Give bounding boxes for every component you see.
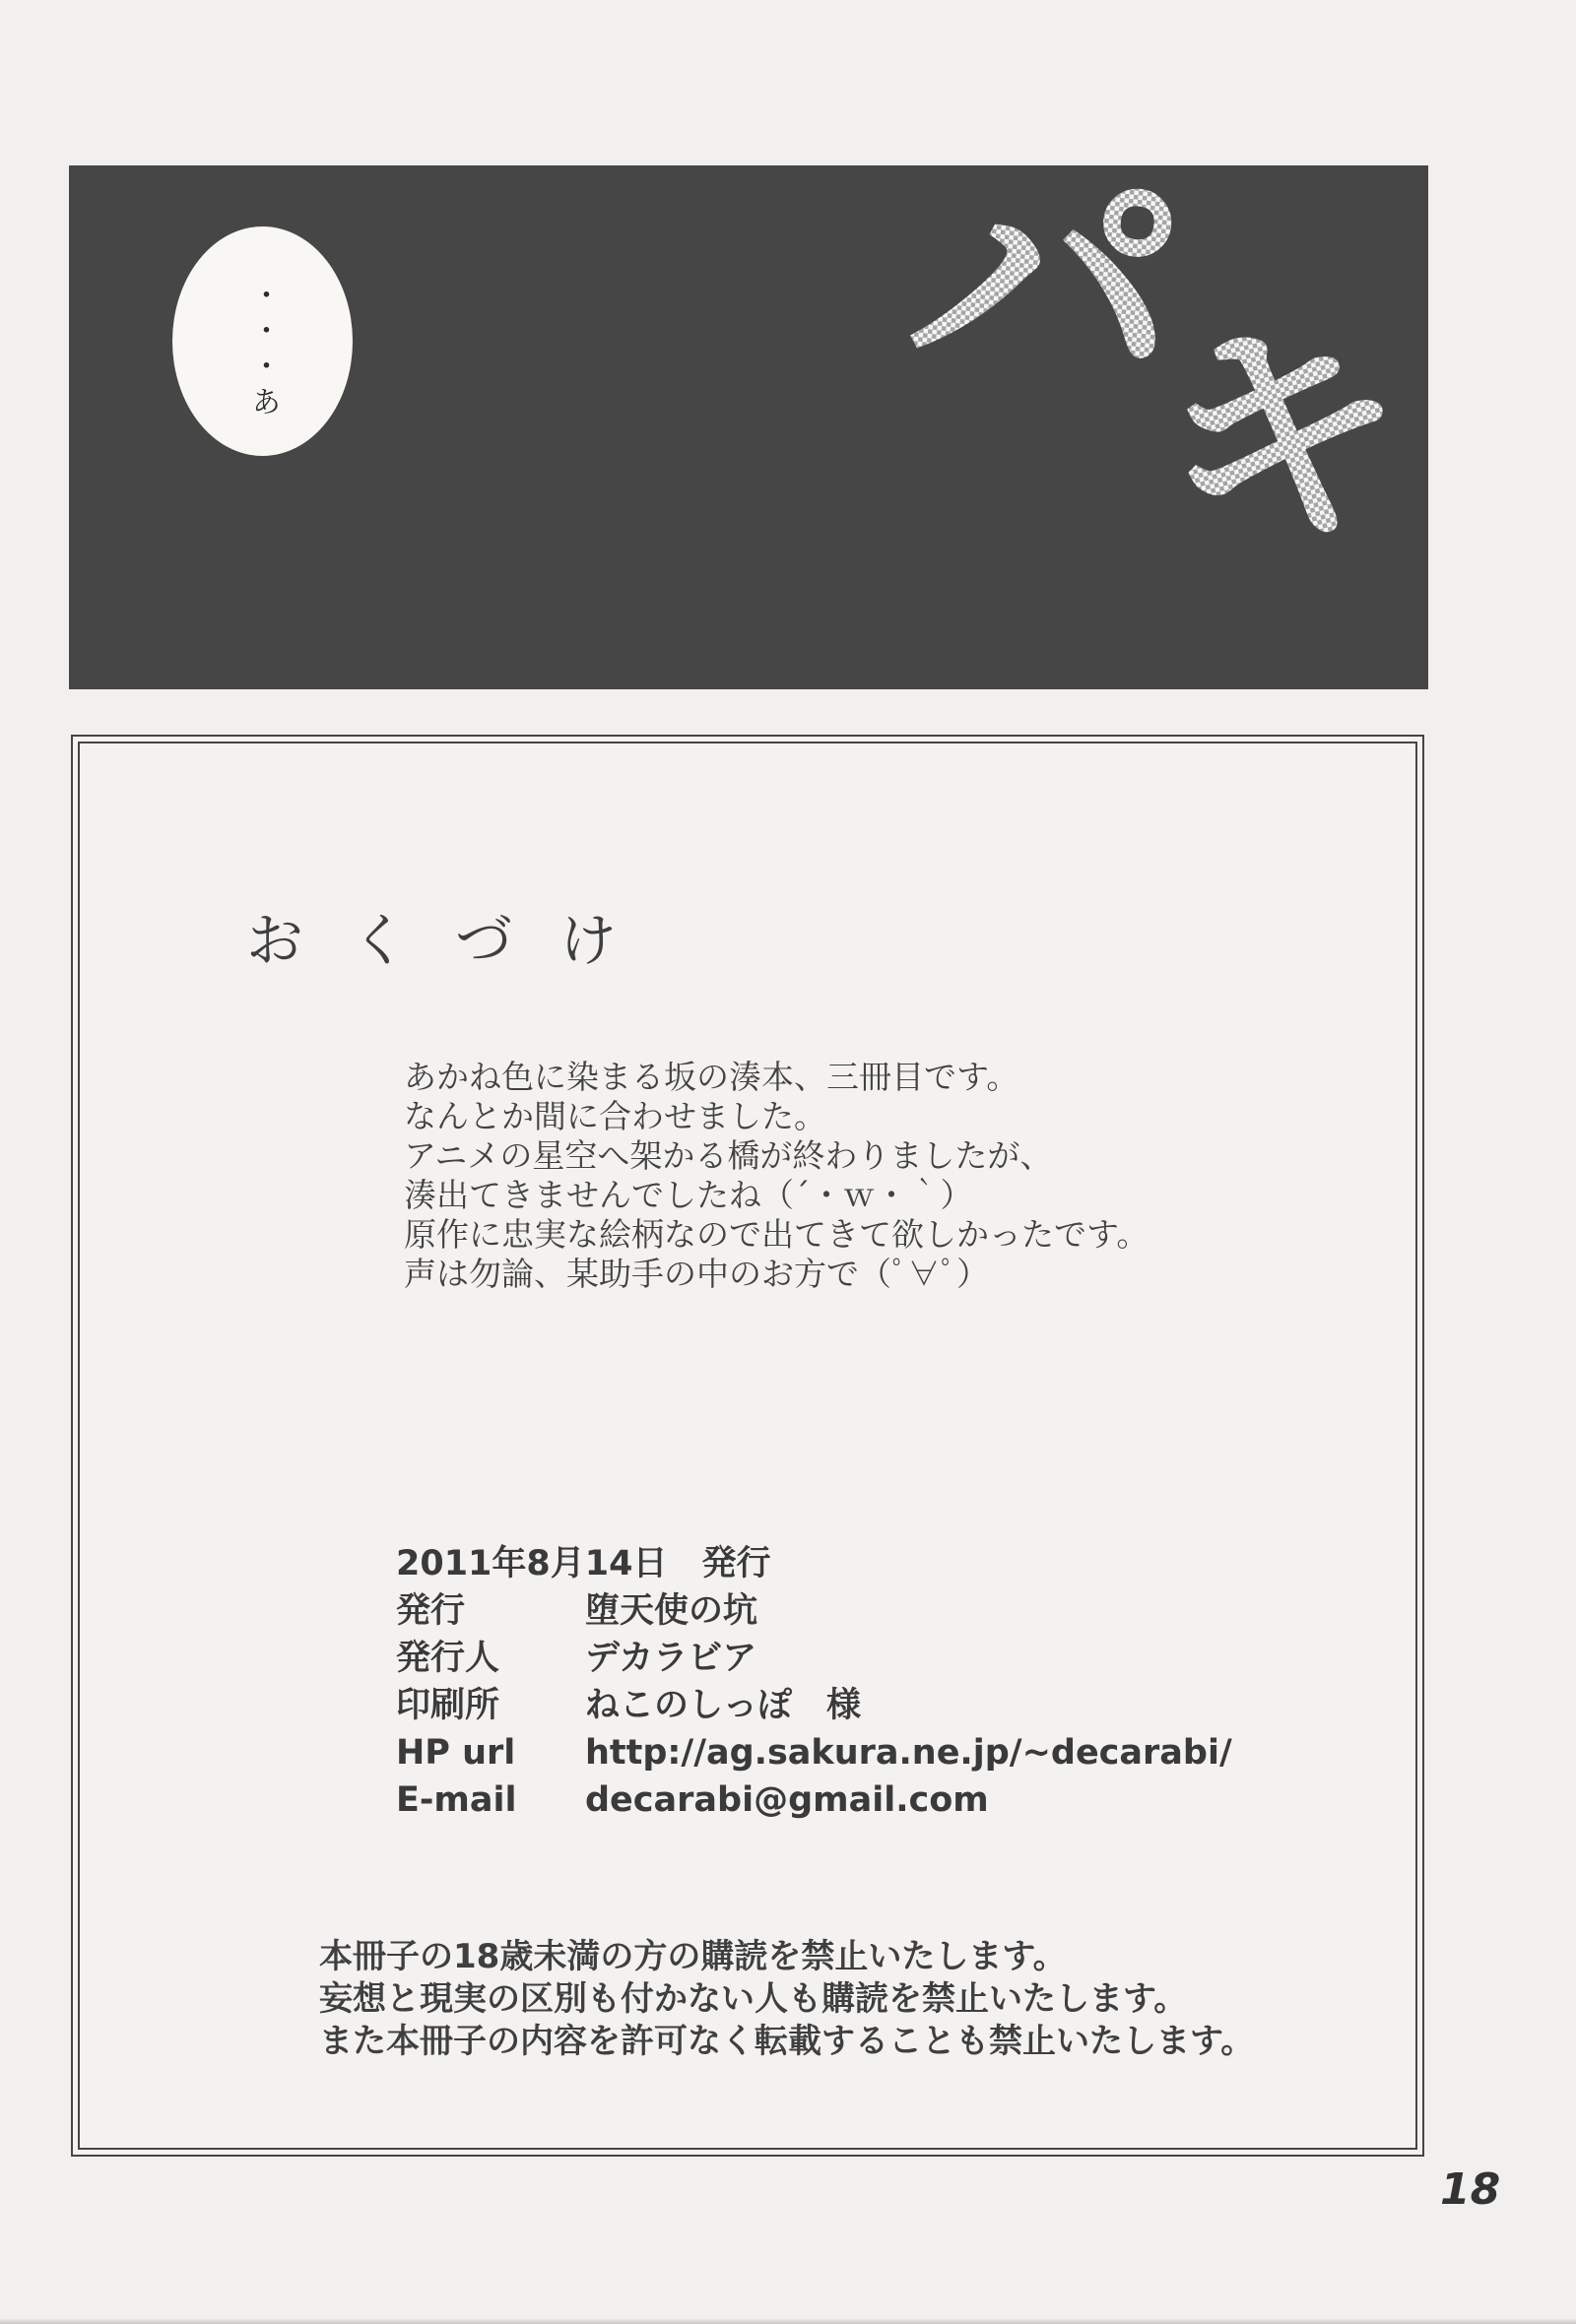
homepage-row: HP url http://ag.sakura.ne.jp/~decarabi/ bbox=[396, 1729, 1232, 1776]
email-label: E-mail bbox=[396, 1776, 585, 1824]
disclaimer-line: 妄想と現実の区別も付かない人も購読を禁止いたします。 bbox=[319, 1978, 1254, 2021]
email-address: decarabi@gmail.com bbox=[585, 1776, 989, 1824]
colophon-title: おくづけ bbox=[246, 894, 664, 977]
author-label: 発行人 bbox=[396, 1635, 585, 1682]
printer-label: 印刷所 bbox=[396, 1682, 585, 1729]
printer-value: ねこのしっぽ 様 bbox=[585, 1682, 861, 1729]
page-edge-shadow bbox=[0, 2318, 1576, 2324]
email-row: E-mail decarabi@gmail.com bbox=[396, 1776, 1232, 1824]
body-line: 原作に忠実な絵柄なので出てきて欲しかったです。 bbox=[404, 1215, 1149, 1255]
publisher-row: 発行 堕天使の坑 bbox=[396, 1587, 1232, 1635]
body-line: 湊出てきませんでしたね（´・ｗ・｀） bbox=[404, 1176, 1149, 1215]
speech-bubble-text: ・・・あ bbox=[241, 280, 285, 421]
publisher-label: 発行 bbox=[396, 1587, 585, 1635]
disclaimer-text: 本冊子の18歳未満の方の購読を禁止いたします。 妄想と現実の区別も付かない人も購… bbox=[319, 1936, 1254, 2063]
colophon-body-text: あかね色に染まる坂の湊本、三冊目です。 なんとか間に合わせました。 アニメの星空… bbox=[404, 1058, 1149, 1294]
publication-date-line: 2011年8月14日 発行 bbox=[396, 1540, 1232, 1587]
speech-bubble: ・・・あ bbox=[172, 226, 353, 456]
body-line: あかね色に染まる坂の湊本、三冊目です。 bbox=[404, 1058, 1149, 1097]
author-value: デカラビア bbox=[585, 1635, 756, 1682]
body-line: 声は勿論、某助手の中のお方で（ﾟ∀ﾟ） bbox=[404, 1255, 1149, 1294]
comic-panel: ・・・あ パ キ bbox=[69, 165, 1428, 689]
publisher-value: 堕天使の坑 bbox=[585, 1587, 757, 1635]
page-number: 18 bbox=[1440, 2164, 1500, 2215]
body-line: アニメの星空へ架かる橋が終わりましたが、 bbox=[404, 1136, 1149, 1176]
printer-row: 印刷所 ねこのしっぽ 様 bbox=[396, 1682, 1232, 1729]
scanned-doujinshi-page: { "page": { "number": "18" }, "panel": {… bbox=[0, 0, 1576, 2324]
body-line: なんとか間に合わせました。 bbox=[404, 1097, 1149, 1136]
disclaimer-line: また本冊子の内容を許可なく転載することも禁止いたします。 bbox=[319, 2021, 1254, 2063]
publication-info: 2011年8月14日 発行 発行 堕天使の坑 発行人 デカラビア 印刷所 ねこの… bbox=[396, 1540, 1232, 1824]
colophon-box: おくづけ あかね色に染まる坂の湊本、三冊目です。 なんとか間に合わせました。 ア… bbox=[71, 735, 1424, 2157]
disclaimer-line: 本冊子の18歳未満の方の購読を禁止いたします。 bbox=[319, 1936, 1254, 1978]
sound-effect-ki: キ bbox=[1134, 290, 1431, 587]
homepage-url: http://ag.sakura.ne.jp/~decarabi/ bbox=[585, 1729, 1232, 1776]
author-row: 発行人 デカラビア bbox=[396, 1635, 1232, 1682]
homepage-label: HP url bbox=[396, 1729, 585, 1776]
publication-date: 2011年8月14日 発行 bbox=[396, 1540, 770, 1587]
